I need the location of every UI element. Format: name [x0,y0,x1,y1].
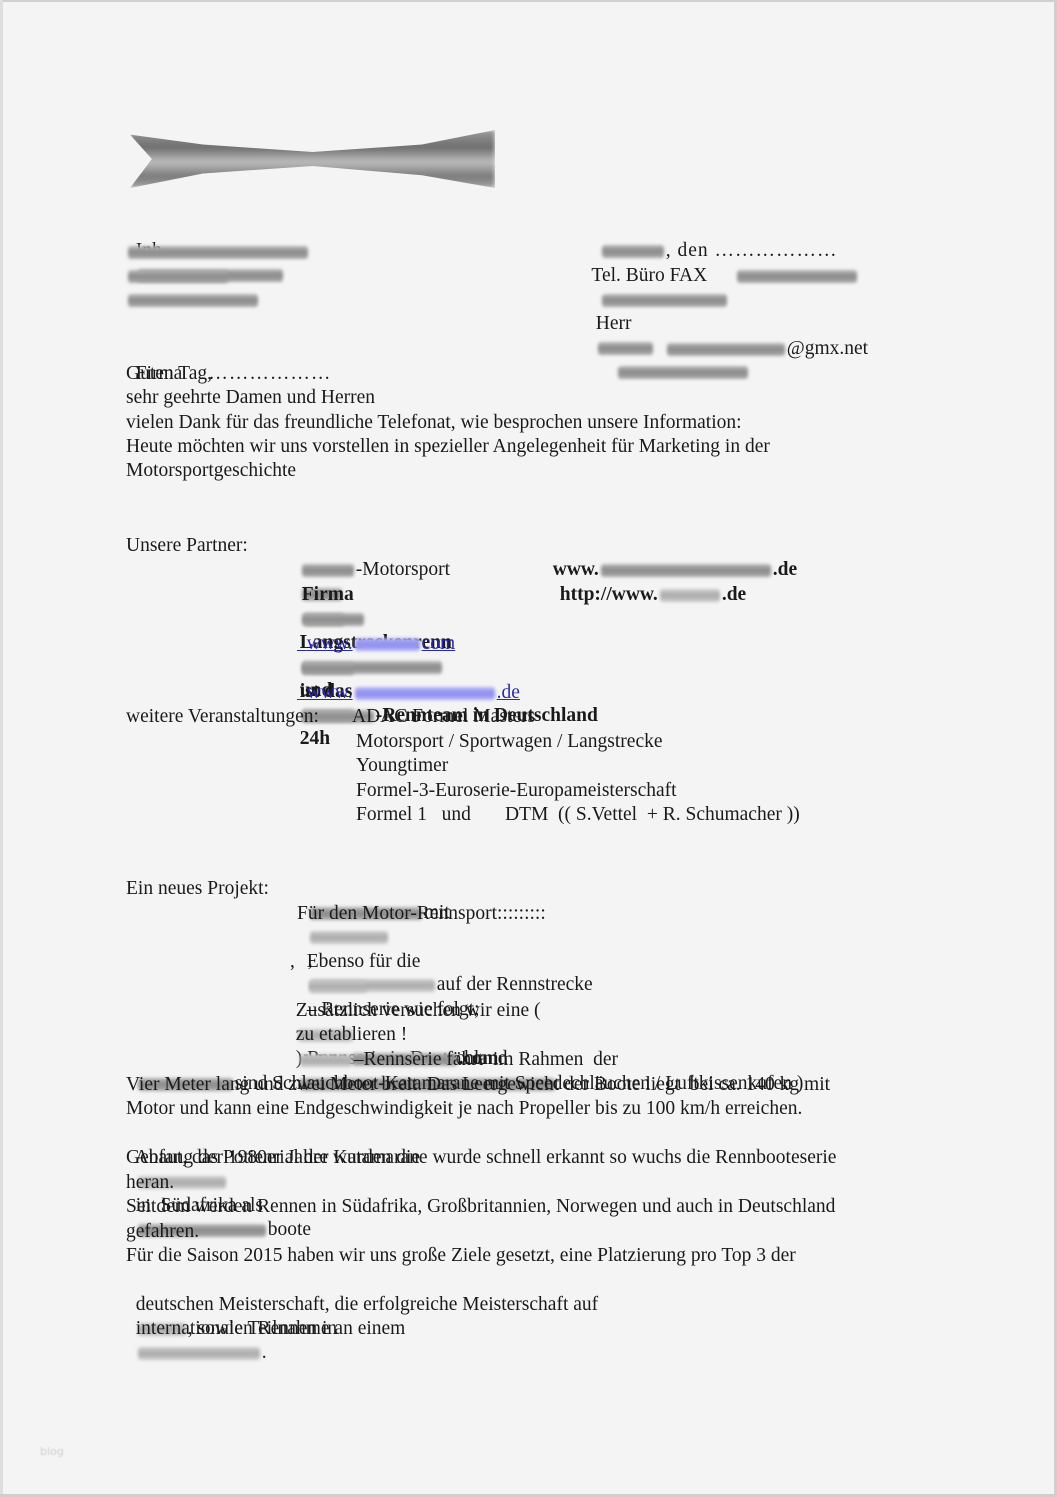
body-p1-line-2: Motor und kann eine Endgeschwindigkeit j… [126,1097,802,1121]
body-p2-line-2: Gebaut, das Potienrial der Katamarane wu… [126,1146,836,1170]
salutation: sehr geehrte Damen und Herren [126,386,375,410]
redacted-url [660,589,720,602]
body-p4-l3-suffix: . [262,1342,267,1363]
intro-line-2: Heute möchten wir uns vorstellen in spez… [126,435,770,459]
tel-label: Tel. Büro FAX [591,265,707,286]
project-line-3-prefix: Ebenso für die [307,951,421,972]
body-p2-suffix: boote [268,1219,311,1240]
body-p1-line-1: Vier Meter lang und zwei Meter breit. Da… [126,1073,830,1097]
project-label: Ein neues Projekt: [126,877,269,901]
redacted-address [128,246,308,259]
body-p4-line-1: Für die Saison 2015 haben wir uns große … [126,1244,796,1268]
email-line: @gmx.net [655,313,868,361]
redacted-mobile [618,366,748,379]
event-item: ADAC Formel Masters [352,705,535,729]
redacted-location [138,1347,260,1360]
project-line-4: , [290,950,295,974]
event-item: Motorsport / Sportwagen / Langstrecke [356,730,663,754]
partner-1-name: -Motorsport [356,559,450,580]
page-border-left [0,0,3,1497]
address-line-1 [126,240,310,264]
events-label: weitere Veranstaltungen: [126,705,319,729]
email-domain: @gmx.net [787,338,868,359]
partner-6-link[interactable]: www..de [297,657,520,705]
partner-3-suffix: 24h [300,728,330,749]
event-item: Formel-3-Euroserie-Europameisterschaft [356,779,677,803]
phone-line-2 [735,264,859,288]
redacted-contact-name [598,342,653,355]
intro-line-3: Motorsportgeschichte [126,459,296,483]
body-p4-line-3: internationalen Rennen in . [126,1293,337,1365]
url-prefix: www. [307,682,353,703]
herr-label: Herr [596,313,632,334]
event-item: Formel 1 und DTM (( S.Vettel + R. Schuma… [356,803,800,827]
redacted-address [128,294,258,307]
redacted-address [128,270,228,283]
url-prefix: http://www. [560,584,658,605]
body-p3-line-1: Seitdem werden Rennen in Südafrika, Groß… [126,1195,835,1219]
greeting: Guten Tag, [126,362,212,386]
redacted-url [355,687,495,700]
firma-value: ……………… [208,363,331,384]
redacted-phone [737,270,857,283]
body-p2-line-3: heran. [126,1171,174,1195]
address-line-2 [126,264,230,288]
body-p3-line-2: gefahren. [126,1220,199,1244]
url-suffix: .de [773,559,797,580]
project-line-2: Für den Motor-Rennsport::::::::: [297,902,546,926]
url-suffix: .de [722,584,746,605]
redacted-logo [130,130,495,188]
partner-2-url[interactable]: http://www..de [550,559,746,607]
page-border-top [0,0,1057,2]
partners-label: Unsere Partner: [126,534,248,558]
address-line-3 [126,288,260,312]
url-suffix: .de [497,682,520,703]
redacted-email-user [667,343,785,356]
event-item: Youngtimer [356,754,448,778]
watermark: blog [40,1445,64,1458]
body-p4-l3-prefix: internationalen Rennen in [136,1318,337,1339]
intro-line-1: vielen Dank für das freundliche Telefona… [126,411,742,435]
